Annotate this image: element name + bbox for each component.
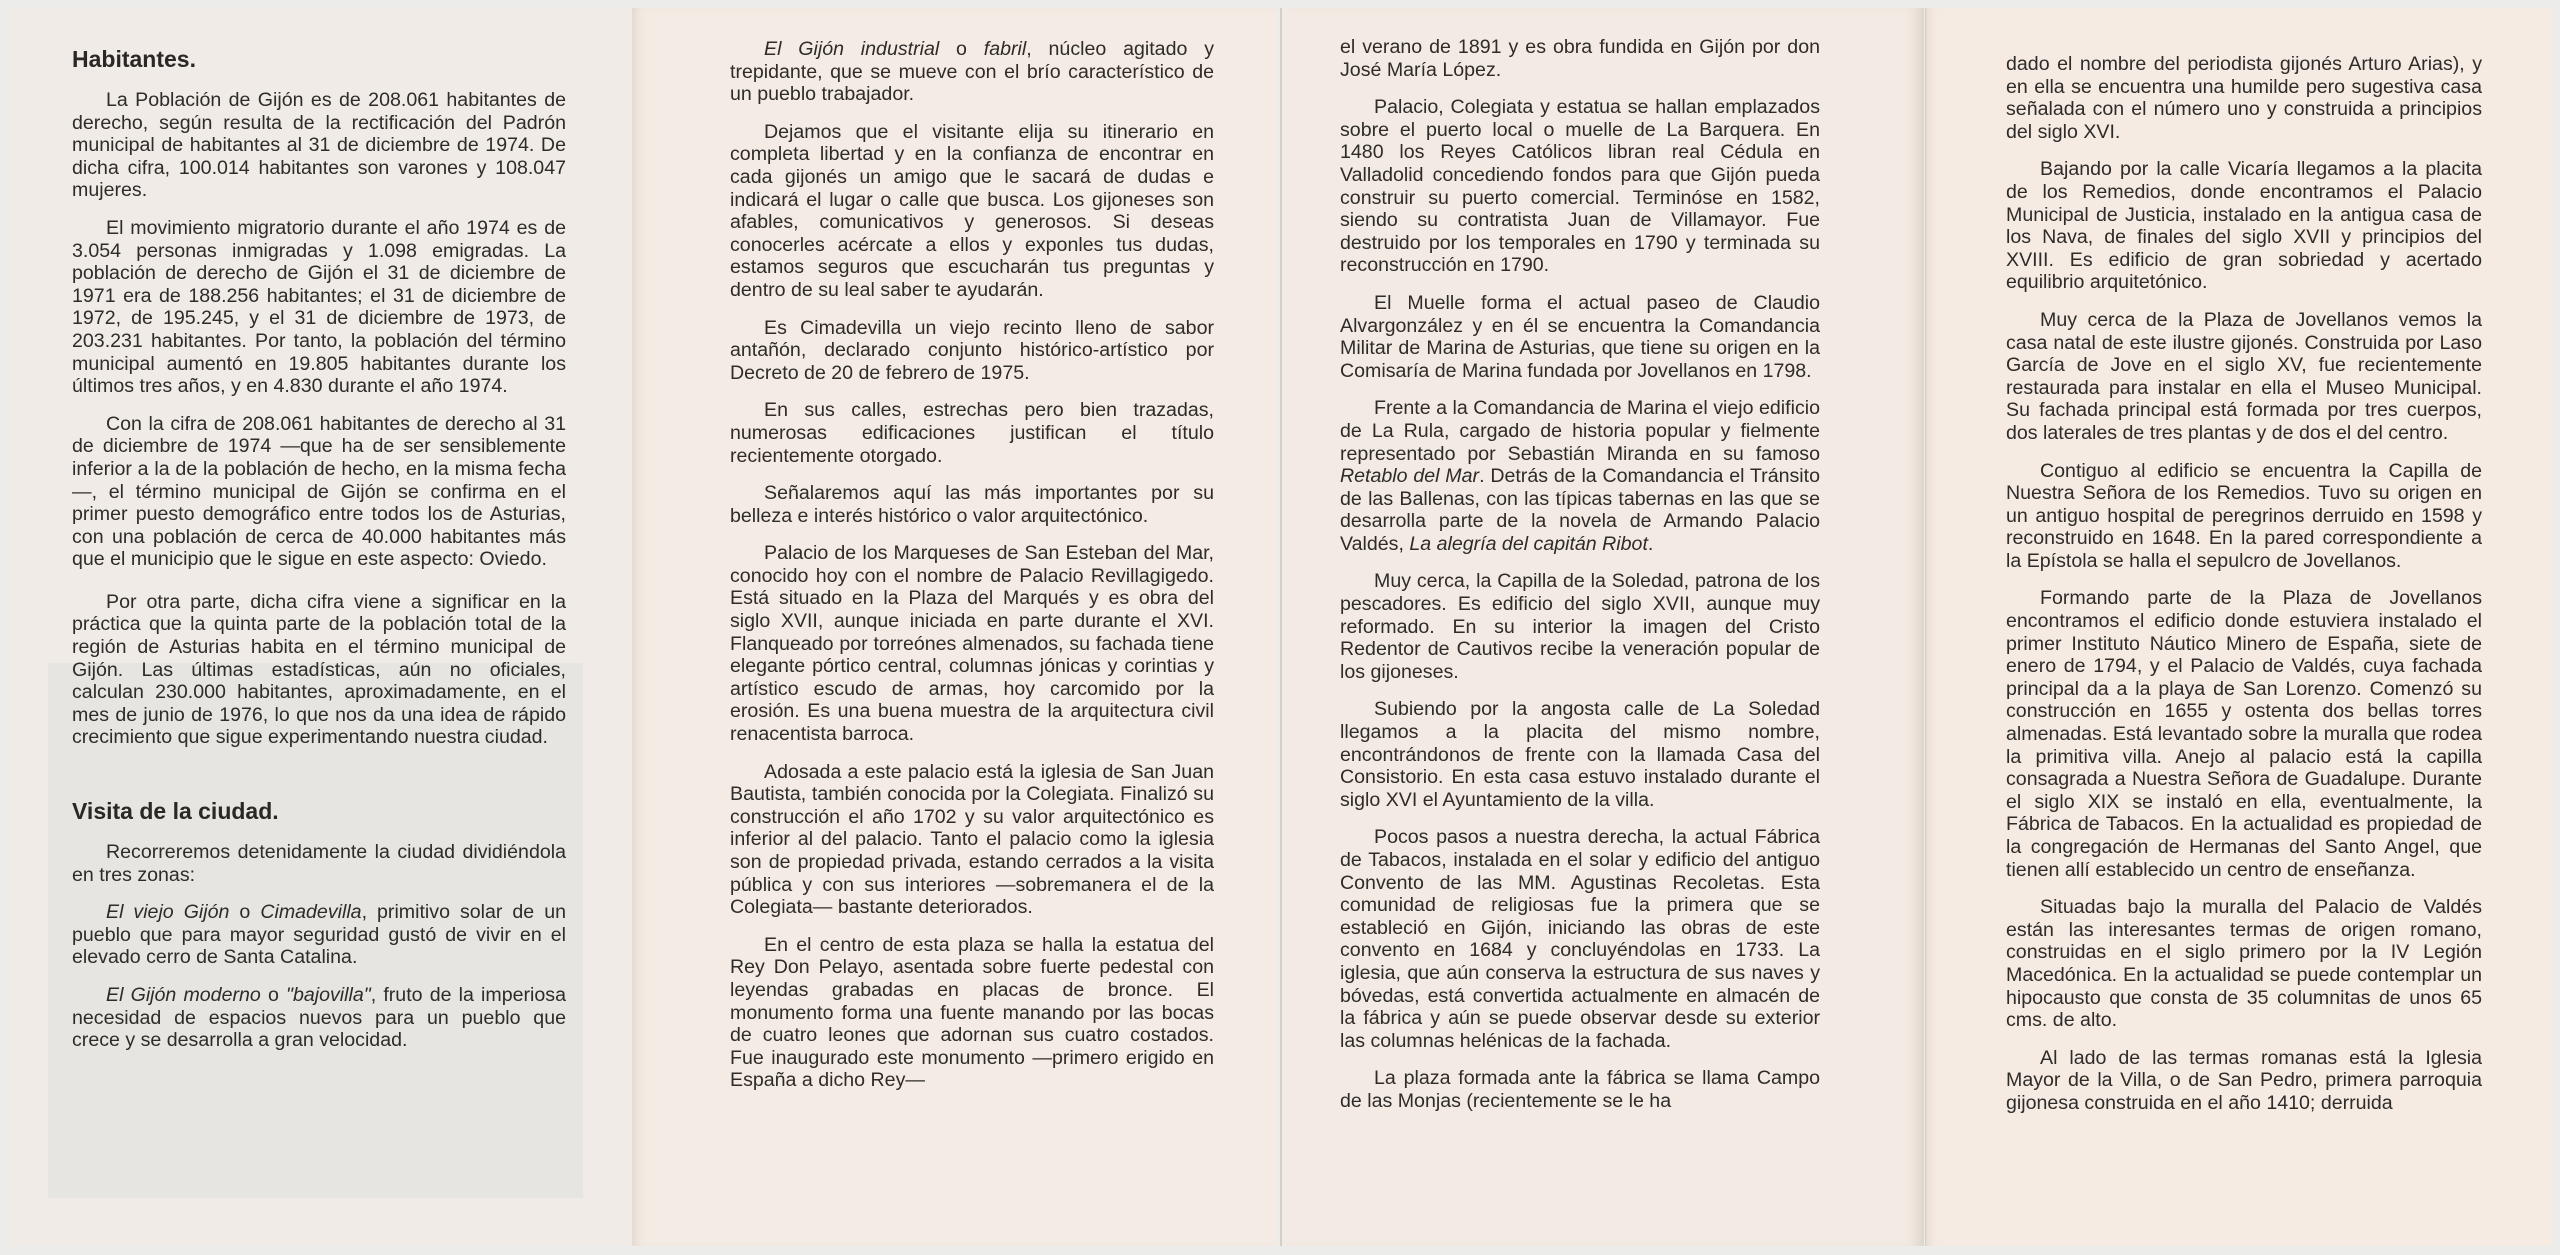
zone-paragraph: El Gijón industrial o fabril, núcleo agi… (730, 38, 1214, 106)
page-2-column: El Gijón industrial o fabril, núcleo agi… (730, 38, 1214, 1107)
italic-title: La alegría del capitán Ribot (1409, 533, 1648, 555)
paragraph: El movimiento migratorio durante el año … (72, 217, 566, 398)
paragraph: Situadas bajo la muralla del Palacio de … (2006, 896, 2482, 1032)
paragraph: Recorreremos detenidamente la ciudad div… (72, 841, 566, 886)
text: o (229, 901, 260, 923)
page-3-column: el verano de 1891 y es obra fundida en G… (1340, 36, 1820, 1128)
text: . (1648, 533, 1653, 555)
continuation-paragraph: el verano de 1891 y es obra fundida en G… (1340, 36, 1820, 81)
text: o (939, 38, 984, 60)
paragraph: El Muelle forma el actual paseo de Claud… (1340, 292, 1820, 382)
paragraph-rula: Frente a la Comandancia de Marina el vie… (1340, 397, 1820, 555)
paragraph: Subiendo por la angosta calle de La Sole… (1340, 698, 1820, 811)
paragraph: Formando parte de la Plaza de Jovellanos… (2006, 587, 2482, 881)
italic-term: El Gijón industrial (764, 38, 939, 60)
page-fold (1280, 8, 1282, 1246)
paragraph: Contiguo al edificio se encuentra la Cap… (2006, 460, 2482, 573)
paragraph: Es Cimadevilla un viejo recinto lleno de… (730, 317, 1214, 385)
paragraph: La plaza formada ante la fábrica se llam… (1340, 1067, 1820, 1112)
paragraph: Al lado de las termas romanas está la Ig… (2006, 1047, 2482, 1115)
italic-term: "bajovilla" (286, 984, 371, 1006)
section-heading-visita: Visita de la ciudad. (72, 798, 566, 824)
page-3: el verano de 1891 y es obra fundida en G… (1286, 8, 1924, 1246)
italic-term: Cimadevilla (260, 901, 361, 923)
text: o (261, 984, 286, 1006)
page-2: El Gijón industrial o fabril, núcleo agi… (632, 8, 1277, 1246)
page-1-column: Habitantes. La Población de Gijón es de … (72, 46, 566, 1067)
paragraph: En el centro de esta plaza se halla la e… (730, 934, 1214, 1092)
page-4-column: dado el nombre del periodista gijonés Ar… (2006, 53, 2482, 1130)
zone-paragraph: El viejo Gijón o Cimadevilla, primitivo … (72, 901, 566, 969)
page-4: dado el nombre del periodista gijonés Ar… (1926, 8, 2552, 1246)
paragraph: Adosada a este palacio está la iglesia d… (730, 761, 1214, 919)
paragraph: Señalaremos aquí las más importantes por… (730, 482, 1214, 527)
italic-term: El viejo Gijón (106, 901, 229, 923)
continuation-paragraph: dado el nombre del periodista gijonés Ar… (2006, 53, 2482, 143)
paragraph: Pocos pasos a nuestra derecha, la actual… (1340, 826, 1820, 1052)
section-heading-habitantes: Habitantes. (72, 46, 566, 72)
paragraph: Palacio de los Marqueses de San Esteban … (730, 542, 1214, 745)
italic-title: Retablo del Mar (1340, 465, 1479, 487)
paragraph: Con la cifra de 208.061 habitantes de de… (72, 413, 566, 571)
italic-term: El Gijón moderno (106, 984, 261, 1006)
paragraph: Bajando por la calle Vicaría llegamos a … (2006, 158, 2482, 294)
page-1: Habitantes. La Población de Gijón es de … (8, 8, 632, 1246)
zone-paragraph: El Gijón moderno o "bajovilla", fruto de… (72, 984, 566, 1052)
text: Frente a la Comandancia de Marina el vie… (1340, 397, 1820, 464)
italic-term: fabril (984, 38, 1026, 60)
paragraph: En sus calles, estrechas pero bien traza… (730, 399, 1214, 467)
paragraph: Dejamos que el visitante elija su itiner… (730, 121, 1214, 302)
paragraph: Palacio, Colegiata y estatua se hallan e… (1340, 96, 1820, 277)
paragraph: Por otra parte, dicha cifra viene a sign… (72, 591, 566, 749)
paragraph: La Población de Gijón es de 208.061 habi… (72, 89, 566, 202)
paragraph: Muy cerca de la Plaza de Jovellanos vemo… (2006, 309, 2482, 445)
paragraph: Muy cerca, la Capilla de la Soledad, pat… (1340, 570, 1820, 683)
